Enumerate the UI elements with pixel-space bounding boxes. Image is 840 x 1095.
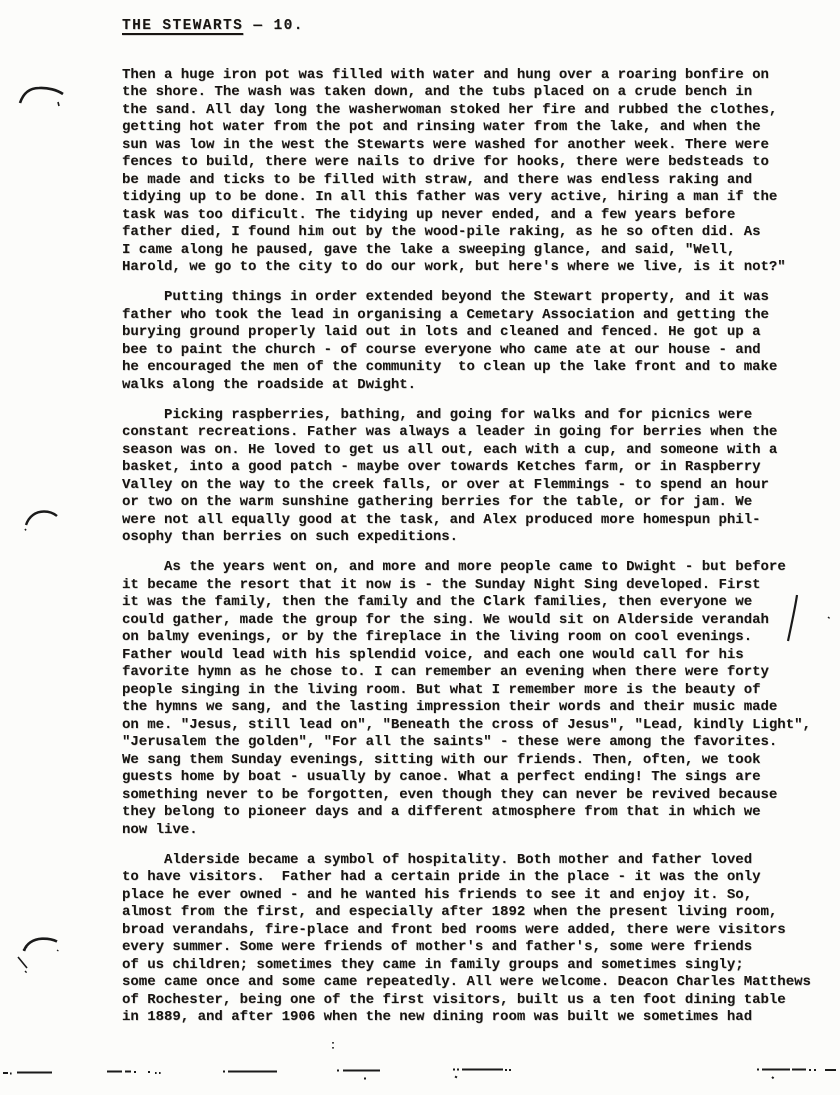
paragraph-alderside-hospitality: Alderside became a symbol of hospitality… bbox=[122, 852, 828, 1027]
paragraph-cemetery-association: Putting things in order extended beyond … bbox=[122, 289, 828, 394]
margin-mark-middle bbox=[25, 512, 57, 531]
margin-mark-bottom bbox=[18, 939, 58, 973]
paragraph-washday: Then a huge iron pot was filled with wat… bbox=[122, 67, 828, 277]
paragraph-sunday-night-sing: As the years went on, and more and more … bbox=[122, 559, 828, 839]
page-title-text: THE STEWARTS bbox=[122, 18, 243, 34]
page-number: — 10. bbox=[243, 18, 304, 34]
paragraph-berry-picking: Picking raspberries, bathing, and going … bbox=[122, 407, 828, 547]
margin-mark-top bbox=[20, 88, 63, 106]
bottom-dash-artifacts bbox=[3, 1070, 836, 1079]
page-title: THE STEWARTS — 10. bbox=[122, 18, 828, 36]
typewritten-page: THE STEWARTS — 10. Then a huge iron pot … bbox=[122, 18, 828, 1039]
